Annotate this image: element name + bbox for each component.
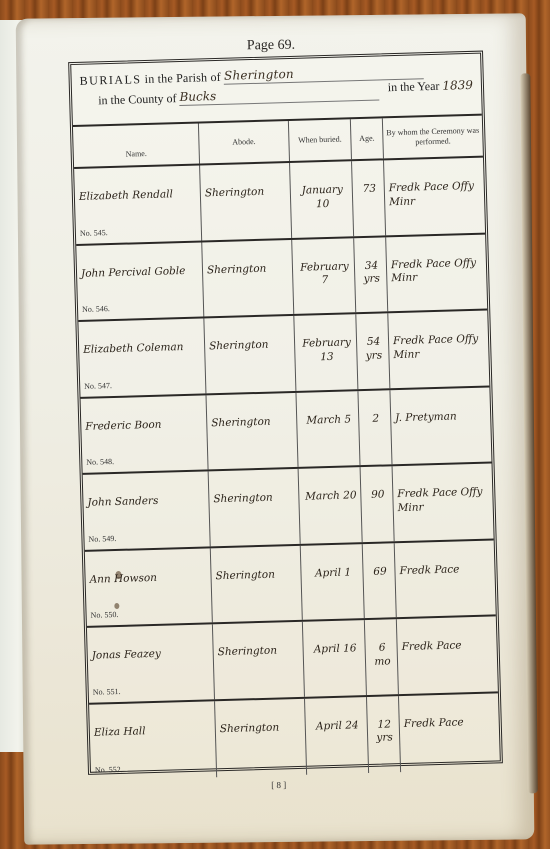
- column-header-age: Age.: [351, 118, 384, 159]
- table-row: John Percival GobleNo. 546. Sherington F…: [76, 234, 487, 322]
- column-header-when-buried: When buried.: [289, 119, 352, 161]
- when-buried-cell: April 1: [301, 544, 365, 620]
- column-header-abode: Abode.: [199, 121, 290, 163]
- when-buried-cell: April 16: [303, 620, 367, 696]
- abode-cell: Sherington: [209, 469, 301, 546]
- table-row: Frederic BoonNo. 548. Sherington March 5…: [81, 387, 492, 475]
- age-cell: 69: [363, 543, 397, 618]
- table-row: Elizabeth RendallNo. 545. Sherington Jan…: [74, 158, 485, 246]
- abode-cell: Sherington: [204, 316, 296, 393]
- when-buried-cell: February 13: [294, 314, 358, 390]
- age-cell: 2: [358, 390, 392, 465]
- entry-number: No. 545.: [80, 228, 108, 238]
- name-cell: Frederic BoonNo. 548.: [81, 395, 209, 473]
- abode-cell: Sherington: [211, 545, 303, 622]
- page-edge-shadow: [520, 73, 538, 793]
- when-buried-cell: February 7: [292, 238, 356, 314]
- parish-label: in the Parish of: [144, 70, 221, 86]
- officiant-cell: Fredk Pace Offy Minr: [384, 158, 485, 235]
- entry-number: No. 546.: [82, 304, 110, 314]
- when-buried-cell: January 10: [290, 161, 354, 237]
- entry-number: No. 550.: [90, 610, 118, 620]
- entry-number: No. 551.: [93, 686, 121, 696]
- table-row: Elizabeth ColemanNo. 547. Sherington Feb…: [78, 311, 489, 399]
- county-line: in the County of Bucks: [98, 84, 380, 108]
- abode-cell: Sherington: [202, 239, 294, 316]
- officiant-cell: J. Pretyman: [390, 387, 491, 464]
- name-cell: Jonas FeazeyNo. 551.: [87, 624, 215, 702]
- column-header-officiant: By whom the Ceremony was performed.: [383, 116, 483, 159]
- entry-number: No. 547.: [84, 381, 112, 391]
- year-label: in the Year: [388, 79, 440, 94]
- table-row: John SandersNo. 549. Sherington March 20…: [83, 463, 494, 551]
- officiant-cell: Fredk Pace Offy Minr: [393, 463, 494, 540]
- county-label: in the County of: [98, 91, 177, 107]
- county-field: Bucks: [179, 84, 379, 106]
- name-cell: Ann HowsonNo. 550.: [85, 548, 213, 626]
- name-cell: Eliza HallNo. 552.: [89, 701, 217, 781]
- year-value: 1839: [442, 78, 473, 93]
- officiant-cell: Fredk Pace: [399, 693, 500, 772]
- entry-number: No. 549.: [88, 533, 116, 543]
- burials-heading: BURIALS: [79, 72, 141, 88]
- table-row: Ann HowsonNo. 550. Sherington April 1 69…: [85, 540, 496, 628]
- when-buried-cell: March 20: [299, 467, 363, 543]
- abode-cell: Sherington: [213, 622, 305, 699]
- register-header: BURIALS in the Parish of Sherington in t…: [71, 54, 482, 127]
- name-cell: John Percival GobleNo. 546.: [76, 242, 204, 320]
- officiant-cell: Fredk Pace: [395, 540, 496, 617]
- abode-cell: Sherington: [206, 392, 298, 469]
- name-cell: Elizabeth RendallNo. 545.: [74, 166, 202, 244]
- entry-number: No. 548.: [86, 457, 114, 467]
- register-page: Page 69. BURIALS in the Parish of Sherin…: [16, 13, 535, 844]
- age-cell: 12 yrs: [367, 696, 401, 773]
- parish-value: Sherington: [224, 67, 294, 83]
- when-buried-cell: March 5: [296, 391, 360, 467]
- age-cell: 90: [361, 466, 395, 541]
- burial-register-table: BURIALS in the Parish of Sherington in t…: [68, 51, 503, 775]
- county-value: Bucks: [179, 89, 216, 104]
- name-cell: John SandersNo. 549.: [83, 471, 211, 549]
- abode-cell: Sherington: [200, 163, 292, 240]
- officiant-cell: Fredk Pace: [397, 616, 498, 693]
- column-header-name: Name.: [73, 124, 200, 168]
- age-cell: 54 yrs: [356, 313, 390, 388]
- age-cell: 6 mo: [365, 619, 399, 694]
- table-row: Eliza HallNo. 552. Sherington April 24 1…: [89, 693, 500, 781]
- entry-number: No. 552.: [95, 765, 123, 775]
- ink-stain: [114, 602, 119, 608]
- age-cell: 73: [352, 160, 386, 235]
- abode-cell: Sherington: [215, 698, 307, 777]
- officiant-cell: Fredk Pace Offy Minr: [386, 234, 487, 311]
- when-buried-cell: April 24: [305, 697, 369, 775]
- table-row: Jonas FeazeyNo. 551. Sherington April 16…: [87, 616, 498, 704]
- age-cell: 34 yrs: [354, 237, 388, 312]
- officiant-cell: Fredk Pace Offy Minr: [388, 311, 489, 388]
- year-line: in the Year 1839: [388, 78, 474, 95]
- name-cell: Elizabeth ColemanNo. 547.: [78, 318, 206, 396]
